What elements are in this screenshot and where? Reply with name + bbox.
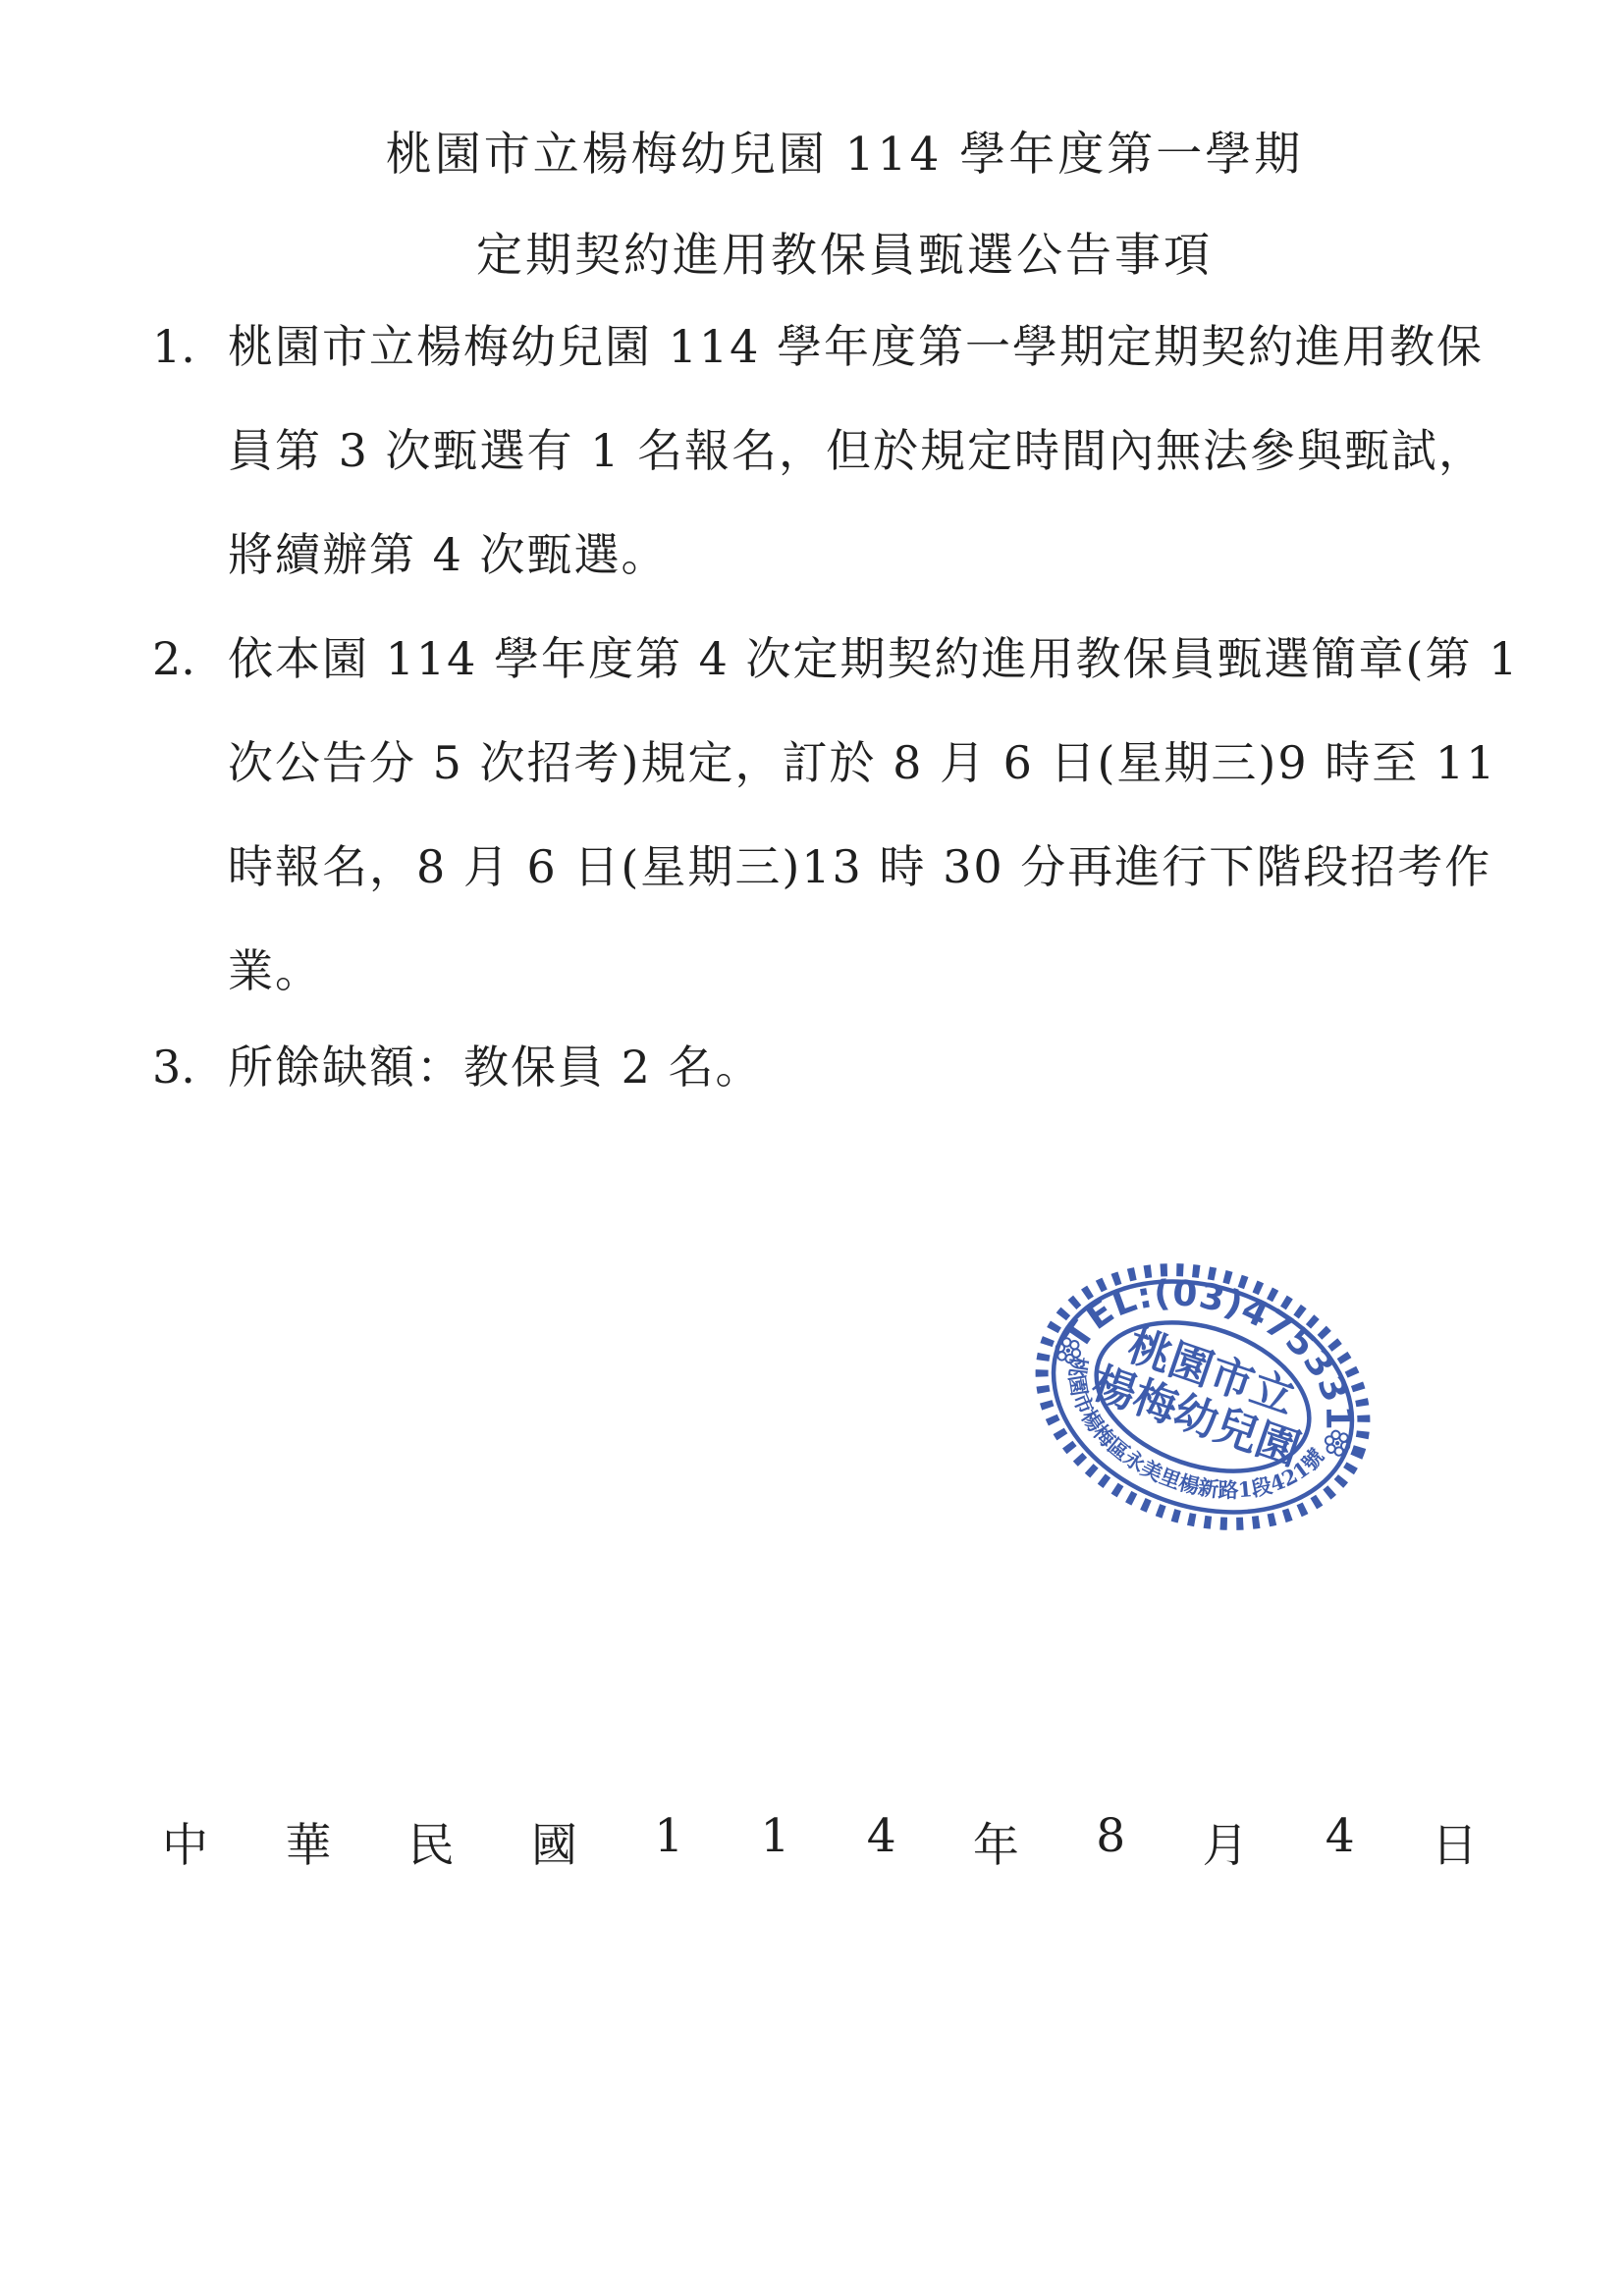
document-title-line1-band: 桃園市立楊梅幼兒園 114 學年度第一學期 [69, 118, 1620, 184]
date-char: 華 [285, 1809, 331, 1875]
list-item-1-line-3: 將續辦第 4 次甄選。 [228, 530, 669, 580]
date-char: 日 [1432, 1809, 1478, 1875]
date-char: 4 [867, 1809, 896, 1875]
date-char: 中 [162, 1809, 208, 1875]
date-char: 1 [654, 1809, 683, 1875]
stamp-right-flower-icon [1322, 1428, 1353, 1458]
document-title-line1: 桃園市立楊梅幼兒園 114 學年度第一學期 [386, 128, 1304, 182]
list-item-2-number: 2. [152, 634, 195, 684]
list-item-1-line-1: 桃園市立楊梅幼兒園 114 學年度第一學期定期契約進用教保 [228, 322, 1484, 372]
roc-date-line: 中 華 民 國 1 1 4 年 8 月 4 日 [162, 1809, 1478, 1875]
list-item-2-line-2: 次公告分 5 次招考)規定，訂於 8 月 6 日(星期三)9 時至 11 [228, 738, 1496, 788]
date-char: 8 [1096, 1809, 1125, 1875]
document-title-line2-band: 定期契約進用教保員甄選公告事項 [69, 219, 1620, 285]
list-item-2-line-4: 業。 [228, 946, 322, 996]
list-item-1-number: 1. [152, 322, 195, 372]
list-item-1-line-2: 員第 3 次甄選有 1 名報名，但於規定時間內無法參與甄試， [228, 426, 1486, 476]
list-item-3-number: 3. [152, 1042, 195, 1093]
date-char: 民 [408, 1809, 455, 1875]
document-title-line2: 定期契約進用教保員甄選公告事項 [476, 229, 1213, 283]
list-item-2-line-3: 時報名，8 月 6 日(星期三)13 時 30 分再進行下階段招考作 [228, 842, 1491, 892]
date-char: 1 [760, 1809, 789, 1875]
date-char: 年 [973, 1809, 1019, 1875]
date-char: 4 [1326, 1809, 1355, 1875]
date-char: 國 [531, 1809, 577, 1875]
official-stamp: TEL:(03)4753312 桃園市楊梅區永美里楊新路1段421號 桃園市立 … [1016, 1245, 1389, 1549]
list-item-3-line-1: 所餘缺額：教保員 2 名。 [228, 1042, 763, 1093]
list-item-2-line-1: 依本園 114 學年度第 4 次定期契約進用教保員甄選簡章(第 1 [228, 634, 1519, 684]
scanned-announcement-page: 桃園市立楊梅幼兒園 114 學年度第一學期 定期契約進用教保員甄選公告事項 1.… [0, 0, 1624, 2296]
date-char: 月 [1202, 1809, 1248, 1875]
